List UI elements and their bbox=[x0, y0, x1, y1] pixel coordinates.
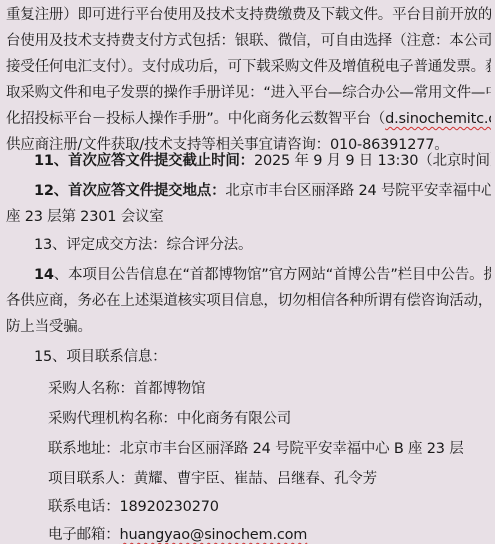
intro-line-3: 接受任何电汇支付）。支付成功后，可下载采购文件及增值税电子普通发票。获 bbox=[6, 54, 491, 80]
item-12-value-2: 座 23 层第 2301 会议室 bbox=[6, 204, 491, 230]
contact-email: 电子邮箱：huangyao@sinochem.com bbox=[6, 522, 491, 544]
contact-address: 联系地址：北京市丰台区丽泽路 24 号院平安幸福中心 B 座 23 层 bbox=[6, 436, 491, 462]
item-12-label: 12、首次应答文件提交地点： bbox=[34, 183, 225, 199]
phone-number: 18920230270 bbox=[120, 499, 219, 515]
item-14-line-3: 防上当受骗。 bbox=[6, 314, 491, 340]
item-12-location: 12、首次应答文件提交地点：北京市丰台区丽泽路 24 号院平安幸福中心 B 座 … bbox=[6, 178, 491, 230]
contacts-text: 项目联系人：黄耀、曹宇臣、崔喆、吕继春、孔令芳 bbox=[48, 466, 491, 492]
item-12-line-1: 12、首次应答文件提交地点：北京市丰台区丽泽路 24 号院平安幸福中心 B bbox=[6, 178, 491, 204]
contact-purchaser: 采购人名称：首都博物馆 bbox=[6, 376, 491, 402]
item-15-title: 15、项目联系信息： bbox=[6, 344, 491, 370]
intro-line-4: 取采购文件和电子发票的操作手册详见：“进入平台—综合办公—常用文件—中 bbox=[6, 80, 491, 106]
agency-name: 采购代理机构名称：中化商务有限公司 bbox=[48, 406, 491, 432]
email-address[interactable]: huangyao@sinochem.com bbox=[120, 527, 308, 543]
contact-persons: 项目联系人：黄耀、曹宇臣、崔喆、吕继春、孔令芳 bbox=[6, 466, 491, 492]
item-14-line-2: 各供应商，务必在上述渠道核实项目信息，切勿相信各种所谓有偿咨询活动，谨 bbox=[6, 288, 491, 314]
item-11-line: 11、首次应答文件提交截止时间：2025 年 9 月 9 日 13:30（北京时… bbox=[34, 148, 491, 174]
phone-label: 联系电话： bbox=[48, 499, 120, 515]
item-11-label: 11、首次应答文件提交截止时间： bbox=[34, 153, 254, 169]
item-14-notice: 14、本项目公告信息在“首都博物馆”官方网站“首博公告”栏目中公告。提醒 各供应… bbox=[6, 262, 491, 340]
phone-line: 联系电话：18920230270 bbox=[48, 494, 491, 520]
platform-url[interactable]: d.sinochemitc.com bbox=[385, 111, 491, 127]
intro-line-5-text: 化招投标平台－投标人操作手册”。中化商务化云数智平台（ bbox=[6, 111, 385, 127]
email-line: 电子邮箱：huangyao@sinochem.com bbox=[48, 522, 491, 544]
address-text: 联系地址：北京市丰台区丽泽路 24 号院平安幸福中心 B 座 23 层 bbox=[48, 436, 491, 462]
item-14-text-1: 、本项目公告信息在“首都博物馆”官方网站“首博公告”栏目中公告。提醒 bbox=[54, 267, 491, 283]
purchaser-name: 采购人名称：首都博物馆 bbox=[48, 376, 491, 402]
intro-line-2: 台使用及技术支持费支付方式包括：银联、微信，可自由选择（注意：本公司不 bbox=[6, 28, 491, 54]
item-15-title-text: 15、项目联系信息： bbox=[34, 344, 491, 370]
item-11-deadline: 11、首次应答文件提交截止时间：2025 年 9 月 9 日 13:30（北京时… bbox=[6, 148, 491, 174]
intro-line-1: 重复注册）即可进行平台使用及技术支持费缴费及下载文件。平台目前开放的平 bbox=[6, 2, 491, 28]
email-label: 电子邮箱： bbox=[48, 527, 120, 543]
item-14-line-1: 14、本项目公告信息在“首都博物馆”官方网站“首博公告”栏目中公告。提醒 bbox=[6, 262, 491, 288]
item-13-method: 13、评定成交方法：综合评分法。 bbox=[6, 232, 491, 258]
item-13-text: 13、评定成交方法：综合评分法。 bbox=[34, 232, 491, 258]
intro-line-5: 化招投标平台－投标人操作手册”。中化商务化云数智平台（d.sinochemitc… bbox=[6, 106, 491, 132]
item-12-value-1: 北京市丰台区丽泽路 24 号院平安幸福中心 B bbox=[225, 183, 491, 199]
document-page: 重复注册）即可进行平台使用及技术支持费缴费及下载文件。平台目前开放的平 台使用及… bbox=[0, 0, 495, 544]
item-11-value: 2025 年 9 月 9 日 13:30（北京时间） bbox=[254, 153, 491, 169]
item-14-number: 14 bbox=[34, 267, 54, 283]
contact-agency: 采购代理机构名称：中化商务有限公司 bbox=[6, 406, 491, 432]
intro-paragraph: 重复注册）即可进行平台使用及技术支持费缴费及下载文件。平台目前开放的平 台使用及… bbox=[6, 2, 491, 158]
contact-phone: 联系电话：18920230270 bbox=[6, 494, 491, 520]
